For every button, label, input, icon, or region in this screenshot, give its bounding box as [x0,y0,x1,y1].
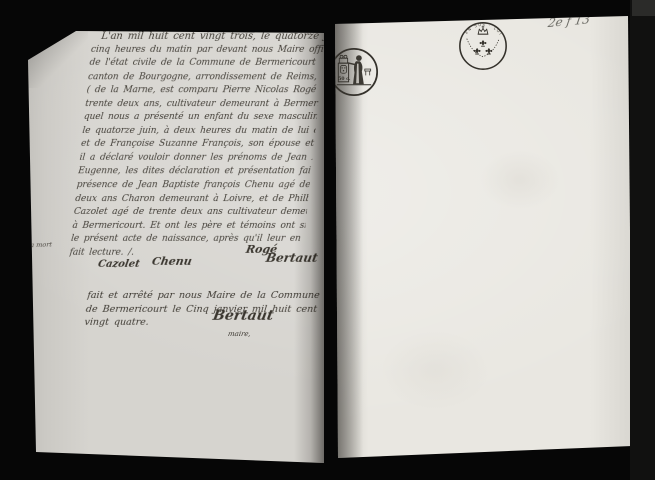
scanner-bed-corner [632,0,655,16]
act-line: trente deux ans, cultivateur demeurant à… [84,98,318,112]
fiscal-stamp-icon: 50 c. [328,46,380,98]
paper-stain [380,330,490,410]
scanned-register-page: aza mort L'an mil huit cent vingt trois,… [0,0,655,480]
press-device-icon [339,55,347,63]
closing-statement: fait et arrêté par nous Maire de la Comm… [84,289,323,330]
margin-note: aza mort [23,240,53,249]
signature-bertaut-maire: Bertaut [212,308,275,324]
act-line: à Bermericourt. Et ont les père et témoi… [72,220,306,234]
act-line: et de Françoise Suzanne François, son ép… [80,138,314,152]
signature-chenu: Chenu [151,255,193,268]
royal-stamp-icon: EN SUS · LOI [457,20,509,72]
act-line: deux ans Charon demeurant à Loivre, et d… [74,193,308,207]
birth-act-text: L'an mil huit cent vingt trois, le quato… [69,30,326,260]
stamp-value-text: 50 c. [338,76,351,82]
fleur-de-lis-icon [480,40,487,47]
corner-fold-shadow [28,28,88,88]
act-line: Cazolet agé de trente deux ans cultivate… [73,206,307,220]
book-fore-edge [630,0,655,480]
act-line: cinq heures du matin par devant nous Mai… [90,44,324,58]
fleur-de-lis-icon [474,48,481,55]
corner-pen-inscription: 2e f 13 [547,12,591,30]
act-line: il a déclaré vouloir donner les prénoms … [79,152,313,166]
fleur-de-lis-group [474,40,493,54]
act-line: Eugenne, les dites déclaration et présen… [77,165,311,179]
closing-line: vingt quatre. [84,316,320,330]
stamp-border-circle [331,49,377,95]
gutter-shadow-left [294,28,324,464]
act-line: quel nous a présenté un enfant du sexe m… [83,111,317,125]
act-line: ( de la Marne, est comparu Pierre Nicola… [86,84,320,98]
closing-line: fait et arrêté par nous Maire de la Comm… [87,289,323,303]
royal-crown-stamp: EN SUS · LOI [457,20,509,72]
act-line: canton de Bourgogne, arrondissement de R… [87,71,321,85]
side-table-icon [365,69,371,75]
fleur-de-lis-icon [485,48,492,55]
paper-stain [480,150,560,210]
act-line: le quatorze juin, à deux heures du matin… [82,125,316,139]
fiscal-stamp-50c: 50 c. [328,46,380,98]
act-line: de l'état civile de la Commune de Bermer… [89,57,323,71]
closing-line: de Bermericourt le Cinq janvier mil huit… [85,303,321,317]
act-line: L'an mil huit cent vingt trois, le quato… [92,30,326,44]
signature-cazolet: Cazolet [97,259,141,270]
act-line: présence de Jean Baptiste françois Chenu… [76,179,310,193]
signature-title-maire: maire, [227,330,251,338]
